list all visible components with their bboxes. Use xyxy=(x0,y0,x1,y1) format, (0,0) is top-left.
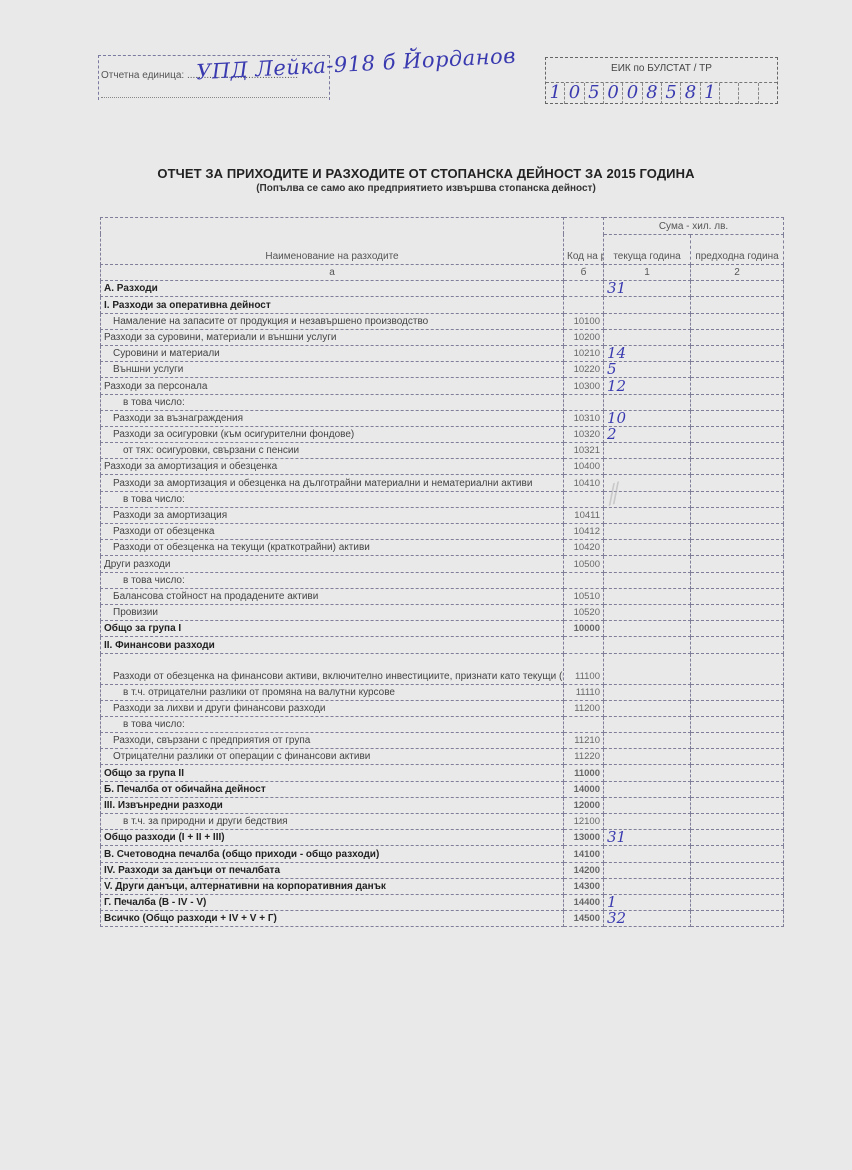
previous-year-value[interactable] xyxy=(691,572,784,588)
current-year-value[interactable] xyxy=(604,781,691,797)
current-year-value[interactable] xyxy=(604,765,691,781)
row-name: Разходи за суровини, материали и външни … xyxy=(101,329,564,345)
previous-year-value[interactable] xyxy=(691,765,784,781)
table-row: А. Разходи31 xyxy=(101,281,784,297)
row-code: 10411 xyxy=(564,507,604,523)
table-row: Други разходи10500 xyxy=(101,556,784,572)
row-name: V. Други данъци, алтернативни на корпора… xyxy=(101,878,564,894)
current-year-value[interactable] xyxy=(604,621,691,637)
header-name: Наименование на разходите xyxy=(101,218,564,265)
table-row: Отрицателни разлики от операции с финанс… xyxy=(101,749,784,765)
index-1: 1 xyxy=(604,265,691,281)
current-year-value[interactable] xyxy=(604,700,691,716)
previous-year-value[interactable] xyxy=(691,459,784,475)
table-row: Общо за група I10000 xyxy=(101,621,784,637)
table-row: Разходи за амортизация и обезценка10400 xyxy=(101,459,784,475)
row-code: 14000 xyxy=(564,781,604,797)
current-year-value[interactable] xyxy=(604,394,691,410)
previous-year-value[interactable] xyxy=(691,313,784,329)
current-year-value[interactable] xyxy=(604,846,691,862)
row-code: 14500 xyxy=(564,911,604,927)
row-code: 13000 xyxy=(564,830,604,846)
row-name: в това число: xyxy=(101,394,564,410)
previous-year-value[interactable] xyxy=(691,443,784,459)
previous-year-value[interactable] xyxy=(691,830,784,846)
table-row: V. Други данъци, алтернативни на корпора… xyxy=(101,878,784,894)
row-code xyxy=(564,394,604,410)
current-year-value[interactable] xyxy=(604,716,691,732)
previous-year-value[interactable] xyxy=(691,911,784,927)
previous-year-value[interactable] xyxy=(691,524,784,540)
table-row: Б. Печалба от обичайна дейност14000 xyxy=(101,781,784,797)
current-year-value[interactable]: 32 xyxy=(604,911,691,927)
previous-year-value[interactable] xyxy=(691,281,784,297)
eik-digit-cell[interactable] xyxy=(739,83,758,104)
current-year-value[interactable]: 1 xyxy=(604,894,691,910)
row-name: Разходи, свързани с предприятия от група xyxy=(101,733,564,749)
previous-year-value[interactable] xyxy=(691,394,784,410)
current-year-value[interactable] xyxy=(604,862,691,878)
reporting-unit-value[interactable]: УПД Лейка-918 б Йорданов xyxy=(196,44,517,85)
eik-box: ЕИК по БУЛСТАТ / ТР 105008581 xyxy=(545,57,778,104)
previous-year-value[interactable] xyxy=(691,345,784,361)
eik-digit-cell[interactable]: 0 xyxy=(623,83,642,104)
eik-digit-cell[interactable]: 8 xyxy=(681,83,700,104)
table-row: III. Извънредни разходи12000 xyxy=(101,797,784,813)
row-code: 10410 xyxy=(564,475,604,491)
row-name: Суровини и материали xyxy=(101,345,564,361)
current-year-value[interactable] xyxy=(604,524,691,540)
row-name: в т.ч. отрицателни разлики от промяна на… xyxy=(101,684,564,700)
index-2: 2 xyxy=(691,265,784,281)
row-name: Разходи за осигуровки (към осигурителни … xyxy=(101,426,564,442)
row-code: 10300 xyxy=(564,378,604,394)
row-name: Отрицателни разлики от операции с финанс… xyxy=(101,749,564,765)
row-code: 10210 xyxy=(564,345,604,361)
row-code xyxy=(564,637,604,653)
table-row: от тях: осигуровки, свързани с пенсии103… xyxy=(101,443,784,459)
row-code: 10520 xyxy=(564,604,604,620)
previous-year-value[interactable] xyxy=(691,862,784,878)
current-year-value[interactable]: 31 xyxy=(604,830,691,846)
current-year-value[interactable] xyxy=(604,878,691,894)
previous-year-value[interactable] xyxy=(691,588,784,604)
row-code: 10100 xyxy=(564,313,604,329)
table-row: в т.ч. отрицателни разлики от промяна на… xyxy=(101,684,784,700)
current-year-value[interactable]: 14 xyxy=(604,345,691,361)
row-code: 10220 xyxy=(564,362,604,378)
previous-year-value[interactable] xyxy=(691,637,784,653)
table-row: Разходи за амортизация10411 xyxy=(101,507,784,523)
report-title: ОТЧЕТ ЗА ПРИХОДИТЕ И РАЗХОДИТЕ ОТ СТОПАН… xyxy=(0,166,852,181)
previous-year-value[interactable] xyxy=(691,507,784,523)
row-code: 11000 xyxy=(564,765,604,781)
row-name: Външни услуги xyxy=(101,362,564,378)
row-name: Разходи от обезценка на финансови активи… xyxy=(101,653,564,684)
current-year-value[interactable] xyxy=(604,540,691,556)
current-year-value[interactable] xyxy=(604,653,691,684)
table-row: Разходи от обезценка на текущи (краткотр… xyxy=(101,540,784,556)
row-name: в това число: xyxy=(101,572,564,588)
row-code: 10400 xyxy=(564,459,604,475)
current-year-value[interactable] xyxy=(604,443,691,459)
eik-digit-cell[interactable]: 5 xyxy=(662,83,681,104)
table-row: Разходи за суровини, материали и външни … xyxy=(101,329,784,345)
report-subtitle: (Попълва се само ако предприятието извър… xyxy=(0,183,852,194)
current-year-value[interactable]: 5 xyxy=(604,362,691,378)
current-year-value[interactable] xyxy=(604,313,691,329)
row-code: 14400 xyxy=(564,894,604,910)
reporting-unit-dotted-line xyxy=(101,97,327,98)
current-year-value[interactable]: 12 xyxy=(604,378,691,394)
row-name: Разходи от обезценка на текущи (краткотр… xyxy=(101,540,564,556)
eik-digit-cell[interactable]: 0 xyxy=(604,83,623,104)
row-name: Всичко (Общо разходи + IV + V + Г) xyxy=(101,911,564,927)
row-code xyxy=(564,297,604,313)
row-code: 14300 xyxy=(564,878,604,894)
table-row: Общо за група II11000 xyxy=(101,765,784,781)
row-code: 11220 xyxy=(564,749,604,765)
current-year-value[interactable]: 2 xyxy=(604,426,691,442)
previous-year-value[interactable] xyxy=(691,329,784,345)
header-previous-year: предходна година xyxy=(691,234,784,264)
row-name: Разходи от обезценка xyxy=(101,524,564,540)
row-name: Балансова стойност на продадените активи xyxy=(101,588,564,604)
row-name: Разходи за персонала xyxy=(101,378,564,394)
table-row: Разходи, свързани с предприятия от група… xyxy=(101,733,784,749)
row-name: Общо за група II xyxy=(101,765,564,781)
row-name: Разходи за амортизация и обезценка xyxy=(101,459,564,475)
table-row: Суровини и материали1021014 xyxy=(101,345,784,361)
expenses-table: Наименование на разходите Код на реда Су… xyxy=(100,217,784,927)
table-row: Балансова стойност на продадените активи… xyxy=(101,588,784,604)
row-code xyxy=(564,281,604,297)
previous-year-value[interactable] xyxy=(691,797,784,813)
previous-year-value[interactable] xyxy=(691,814,784,830)
row-name: Намаление на запасите от продукция и нез… xyxy=(101,313,564,329)
table-row: Намаление на запасите от продукция и нез… xyxy=(101,313,784,329)
table-row: Разходи за амортизация и обезценка на дъ… xyxy=(101,475,784,491)
row-code: 14100 xyxy=(564,846,604,862)
previous-year-value[interactable] xyxy=(691,491,784,507)
row-name: от тях: осигуровки, свързани с пенсии xyxy=(101,443,564,459)
row-code: 10420 xyxy=(564,540,604,556)
table-row: Разходи от обезценка10412 xyxy=(101,524,784,540)
previous-year-value[interactable] xyxy=(691,653,784,684)
row-name: II. Финансови разходи xyxy=(101,637,564,653)
table-row: Разходи за лихви и други финансови разхо… xyxy=(101,700,784,716)
row-name: в т.ч. за природни и други бедствия xyxy=(101,814,564,830)
row-name: В. Счетоводна печалба (общо приходи - об… xyxy=(101,846,564,862)
previous-year-value[interactable] xyxy=(691,700,784,716)
current-year-value[interactable] xyxy=(604,329,691,345)
header-current-year: текуща година xyxy=(604,234,691,264)
row-code: 11100 xyxy=(564,653,604,684)
previous-year-value[interactable] xyxy=(691,362,784,378)
current-year-value[interactable] xyxy=(604,459,691,475)
row-code: 11110 xyxy=(564,684,604,700)
previous-year-value[interactable] xyxy=(691,297,784,313)
row-name: А. Разходи xyxy=(101,281,564,297)
current-year-value[interactable] xyxy=(604,814,691,830)
row-name: III. Извънредни разходи xyxy=(101,797,564,813)
row-name: I. Разходи за оперативна дейност xyxy=(101,297,564,313)
previous-year-value[interactable] xyxy=(691,540,784,556)
table-row: в това число: xyxy=(101,572,784,588)
header-code: Код на реда xyxy=(564,218,604,265)
row-name: Разходи за амортизация xyxy=(101,507,564,523)
current-year-value[interactable] xyxy=(604,684,691,700)
previous-year-value[interactable] xyxy=(691,781,784,797)
previous-year-value[interactable] xyxy=(691,716,784,732)
table-row: II. Финансови разходи xyxy=(101,637,784,653)
row-name: Разходи за възнаграждения xyxy=(101,410,564,426)
previous-year-value[interactable] xyxy=(691,684,784,700)
current-year-value[interactable]: 10 xyxy=(604,410,691,426)
eik-digit-cells: 105008581 xyxy=(546,82,777,104)
current-year-value[interactable] xyxy=(604,637,691,653)
row-code: 10200 xyxy=(564,329,604,345)
table-row: Разходи за персонала1030012 xyxy=(101,378,784,394)
current-year-value[interactable] xyxy=(604,604,691,620)
current-year-value[interactable] xyxy=(604,588,691,604)
eik-digit-cell[interactable] xyxy=(720,83,739,104)
row-code: 10510 xyxy=(564,588,604,604)
row-name: Провизии xyxy=(101,604,564,620)
row-code: 14200 xyxy=(564,862,604,878)
row-name: в това число: xyxy=(101,716,564,732)
table-row: Външни услуги102205 xyxy=(101,362,784,378)
row-code xyxy=(564,491,604,507)
index-b: б xyxy=(564,265,604,281)
previous-year-value[interactable] xyxy=(691,733,784,749)
row-name: Общо за група I xyxy=(101,621,564,637)
row-code: 10321 xyxy=(564,443,604,459)
current-year-value[interactable] xyxy=(604,797,691,813)
table-row: Провизии10520 xyxy=(101,604,784,620)
table-row: в т.ч. за природни и други бедствия12100 xyxy=(101,814,784,830)
eik-digit-cell[interactable]: 1 xyxy=(546,83,565,104)
table-row: Г. Печалба (В - IV - V)144001 xyxy=(101,894,784,910)
row-code: 10000 xyxy=(564,621,604,637)
table-row: в това число: xyxy=(101,394,784,410)
current-year-value[interactable] xyxy=(604,556,691,572)
current-year-value[interactable]: 31 xyxy=(604,281,691,297)
eik-digit-cell[interactable] xyxy=(759,83,777,104)
current-year-value[interactable] xyxy=(604,572,691,588)
row-name: Б. Печалба от обичайна дейност xyxy=(101,781,564,797)
row-name: Разходи за амортизация и обезценка на дъ… xyxy=(101,475,564,491)
row-code: 10500 xyxy=(564,556,604,572)
eik-label: ЕИК по БУЛСТАТ / ТР xyxy=(546,63,777,74)
previous-year-value[interactable] xyxy=(691,749,784,765)
table-row: Разходи за възнаграждения1031010 xyxy=(101,410,784,426)
row-code: 12100 xyxy=(564,814,604,830)
row-name: IV. Разходи за данъци от печалбата xyxy=(101,862,564,878)
row-name: в това число: xyxy=(101,491,564,507)
eik-digit-cell[interactable]: 1 xyxy=(701,83,720,104)
previous-year-value[interactable] xyxy=(691,621,784,637)
row-code: 11200 xyxy=(564,700,604,716)
row-code: 11210 xyxy=(564,733,604,749)
table-row: IV. Разходи за данъци от печалбата14200 xyxy=(101,862,784,878)
table-row: Разходи за осигуровки (към осигурителни … xyxy=(101,426,784,442)
eik-digit-cell[interactable]: 5 xyxy=(585,83,604,104)
table-row: Всичко (Общо разходи + IV + V + Г)145003… xyxy=(101,911,784,927)
previous-year-value[interactable] xyxy=(691,604,784,620)
row-code: 10320 xyxy=(564,426,604,442)
row-code xyxy=(564,716,604,732)
row-name: Г. Печалба (В - IV - V) xyxy=(101,894,564,910)
previous-year-value[interactable] xyxy=(691,878,784,894)
previous-year-value[interactable] xyxy=(691,846,784,862)
previous-year-value[interactable] xyxy=(691,894,784,910)
index-a: а xyxy=(101,265,564,281)
previous-year-value[interactable] xyxy=(691,378,784,394)
eik-digit-cell[interactable]: 8 xyxy=(643,83,662,104)
table-row: Разходи от обезценка на финансови активи… xyxy=(101,653,784,684)
current-year-value[interactable] xyxy=(604,297,691,313)
table-row: в това число: xyxy=(101,716,784,732)
row-code xyxy=(564,572,604,588)
row-code: 10412 xyxy=(564,524,604,540)
previous-year-value[interactable] xyxy=(691,410,784,426)
previous-year-value[interactable] xyxy=(691,426,784,442)
row-name: Разходи за лихви и други финансови разхо… xyxy=(101,700,564,716)
table-row: В. Счетоводна печалба (общо приходи - об… xyxy=(101,846,784,862)
row-name: Общо разходи (I + II + III) xyxy=(101,830,564,846)
row-code: 12000 xyxy=(564,797,604,813)
previous-year-value[interactable] xyxy=(691,475,784,491)
previous-year-value[interactable] xyxy=(691,556,784,572)
header-sum: Сума - хил. лв. xyxy=(604,218,784,235)
table-row: I. Разходи за оперативна дейност xyxy=(101,297,784,313)
row-name: Други разходи xyxy=(101,556,564,572)
eik-digit-cell[interactable]: 0 xyxy=(565,83,584,104)
table-row: в това число: xyxy=(101,491,784,507)
row-code: 10310 xyxy=(564,410,604,426)
current-year-value[interactable] xyxy=(604,733,691,749)
current-year-value[interactable] xyxy=(604,749,691,765)
table-row: Общо разходи (I + II + III)1300031 xyxy=(101,830,784,846)
